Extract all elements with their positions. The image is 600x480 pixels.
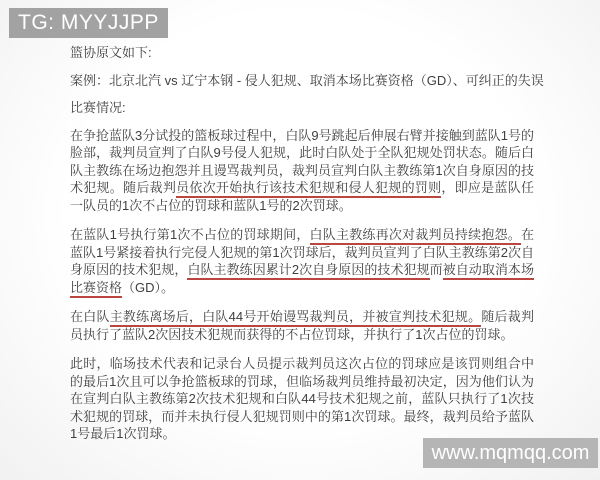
telegram-badge: TG: MYYJJPP	[9, 8, 168, 38]
red-underlined-text: 主教练离场后，白队44号开始谩骂裁判员，并被宣判技术犯规。	[110, 309, 482, 327]
case-title: 案例：北京北汽 vs 辽宁本钢 - 侵人犯规、取消本场比赛资格（GD）、可纠正的…	[70, 72, 534, 90]
section-label: 比赛情况:	[70, 99, 534, 117]
body-paragraph: 在蓝队1号执行第1次不占位的罚球期间，白队主教练再次对裁判员持续抱怨。在蓝队1号…	[70, 226, 534, 296]
site-watermark: www.mqmqq.com	[423, 438, 598, 468]
text-segment: 此时，临场技术代表和记录台人员提示裁判员这次占位的罚球应是该罚则组合中的最后1次…	[70, 356, 534, 441]
red-underlined-text: 白队主教练再次对裁判员持续抱怨。	[310, 227, 521, 245]
body-paragraph: 在白队主教练离场后，白队44号开始谩骂裁判员，并被宣判技术犯规。随后裁判员执行了…	[70, 308, 534, 343]
red-underlined-text: 员依次开始执行该技术犯规和侵人犯规的罚则	[176, 180, 441, 198]
red-underlined-text: 白队主教练因累计2次自身原因的技术犯规	[187, 262, 429, 280]
text-segment: 在蓝队1号执行第1次不占位的罚球期间，	[70, 227, 310, 242]
body-paragraph: 此时，临场技术代表和记录台人员提示裁判员这次占位的罚球应是该罚则组合中的最后1次…	[70, 355, 534, 443]
document-body: 篮协原文如下: 案例：北京北汽 vs 辽宁本钢 - 侵人犯规、取消本场比赛资格（…	[70, 44, 534, 455]
body-paragraph: 在争抢蓝队3分试投的篮板球过程中，白队9号跳起后伸展右臂并接触到蓝队1号的脸部，…	[70, 127, 534, 215]
text-segment: （GD）。	[122, 280, 174, 295]
text-segment: 而	[430, 262, 443, 277]
text-segment: 在白队	[70, 309, 110, 324]
intro-line: 篮协原文如下:	[70, 44, 534, 62]
